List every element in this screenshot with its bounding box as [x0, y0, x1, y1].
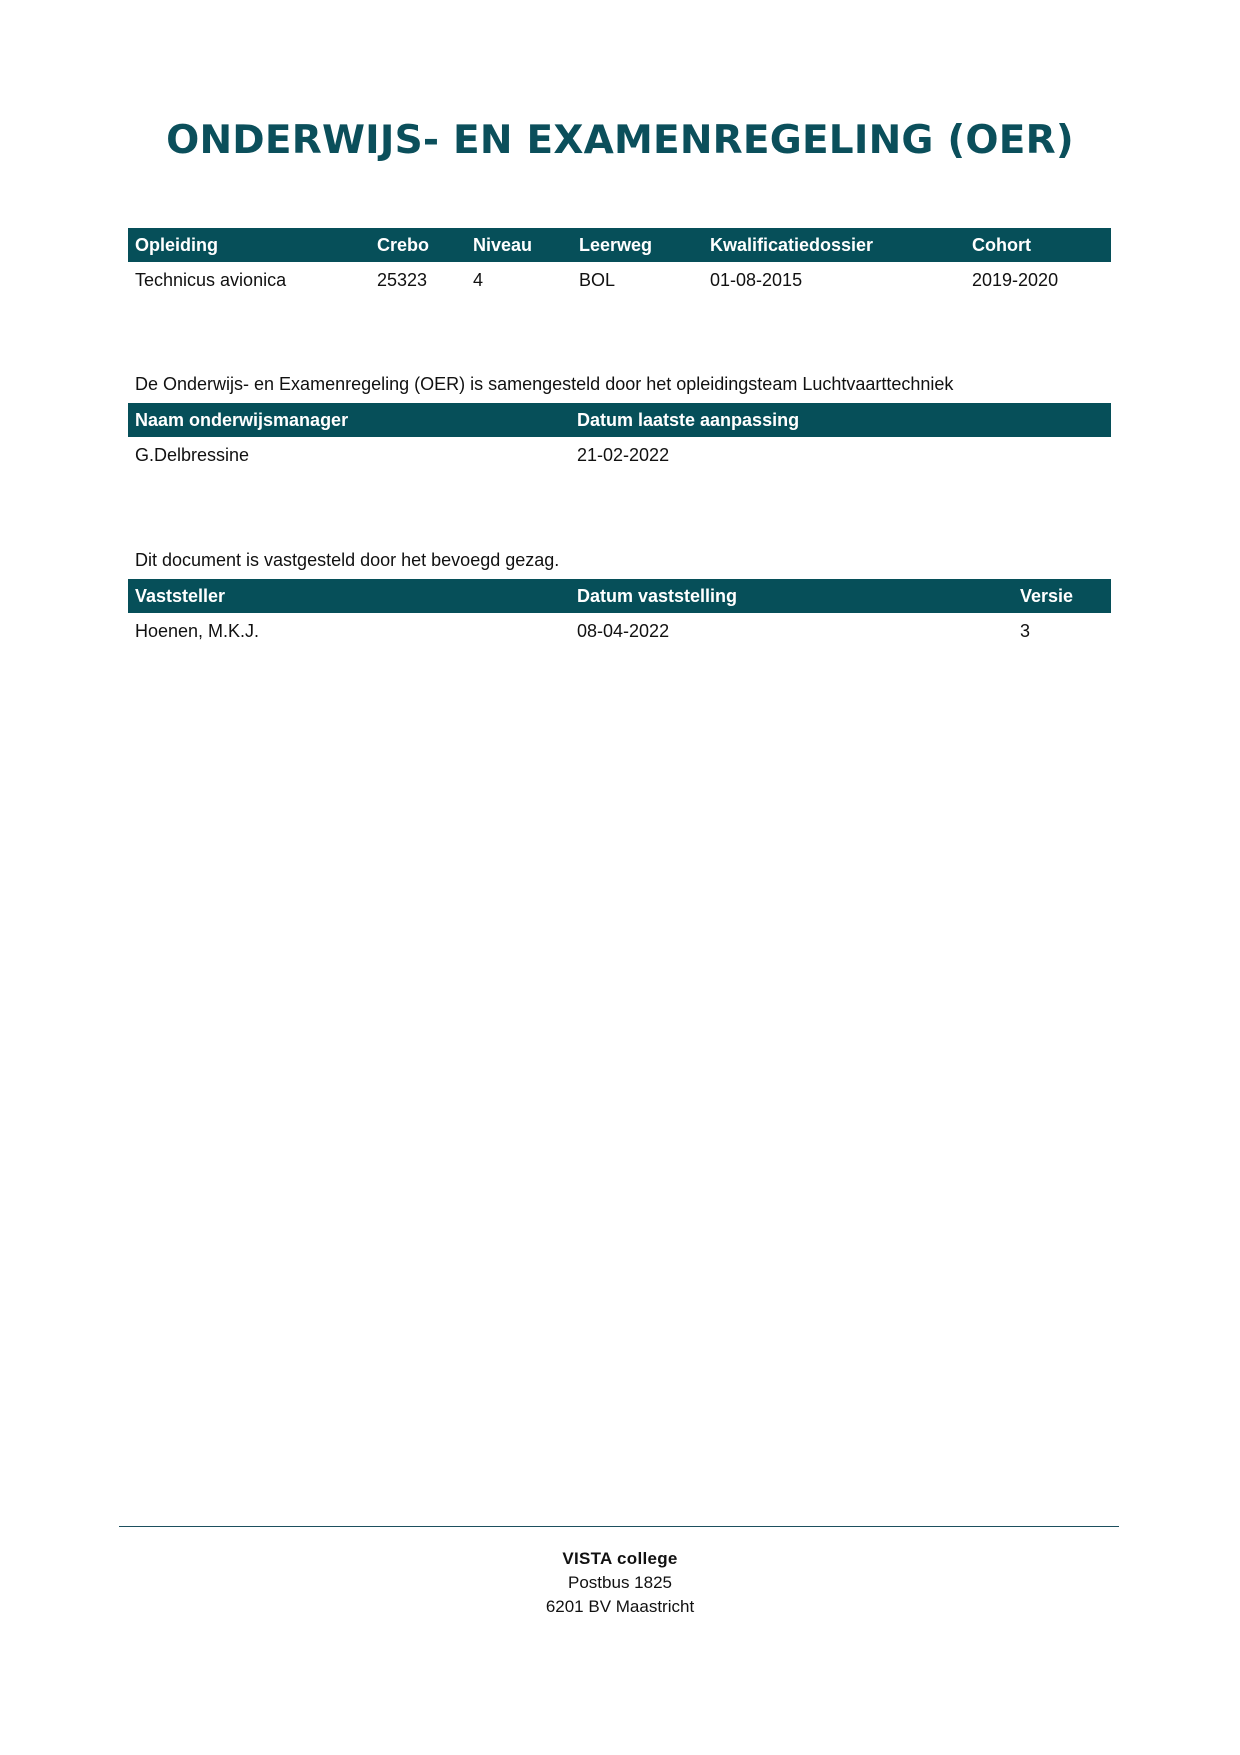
footer-address-line2: 6201 BV Maastricht: [0, 1595, 1240, 1619]
team-intro-text: De Onderwijs- en Examenregeling (OER) is…: [135, 374, 953, 395]
footer-divider: [119, 1526, 1119, 1527]
table-row: Technicus avionica 25323 4 BOL 01-08-201…: [128, 262, 1111, 298]
table-row: Hoenen, M.K.J. 08-04-2022 3: [128, 613, 1111, 649]
cell-niveau: 4: [466, 262, 572, 298]
cell-leerweg: BOL: [572, 262, 703, 298]
footer-organization: VISTA college: [0, 1547, 1240, 1571]
header-opleiding: Opleiding: [128, 228, 370, 262]
cell-cohort: 2019-2020: [965, 262, 1111, 298]
table-header-row: Naam onderwijsmanager Datum laatste aanp…: [128, 403, 1111, 437]
program-table: Opleiding Crebo Niveau Leerweg Kwalifica…: [128, 228, 1111, 298]
header-kwalificatiedossier: Kwalificatiedossier: [703, 228, 965, 262]
page-title: ONDERWIJS- EN EXAMENREGELING (OER): [0, 118, 1240, 163]
cell-kwalificatiedossier: 01-08-2015: [703, 262, 965, 298]
header-crebo: Crebo: [370, 228, 466, 262]
footer-address-line1: Postbus 1825: [0, 1571, 1240, 1595]
header-versie: Versie: [1013, 579, 1111, 613]
header-onderwijsmanager: Naam onderwijsmanager: [128, 403, 570, 437]
cell-versie: 3: [1013, 613, 1111, 649]
approval-intro-text: Dit document is vastgesteld door het bev…: [135, 550, 559, 571]
footer: VISTA college Postbus 1825 6201 BV Maast…: [0, 1547, 1240, 1619]
header-niveau: Niveau: [466, 228, 572, 262]
cell-vaststeller: Hoenen, M.K.J.: [128, 613, 570, 649]
table-header-row: Opleiding Crebo Niveau Leerweg Kwalifica…: [128, 228, 1111, 262]
cell-datum-laatste-aanpassing: 21-02-2022: [570, 437, 1111, 473]
team-table: Naam onderwijsmanager Datum laatste aanp…: [128, 403, 1111, 473]
table-header-row: Vaststeller Datum vaststelling Versie: [128, 579, 1111, 613]
header-leerweg: Leerweg: [572, 228, 703, 262]
cell-opleiding: Technicus avionica: [128, 262, 370, 298]
header-datum-vaststelling: Datum vaststelling: [570, 579, 1013, 613]
cell-onderwijsmanager: G.Delbressine: [128, 437, 570, 473]
cell-datum-vaststelling: 08-04-2022: [570, 613, 1013, 649]
cell-crebo: 25323: [370, 262, 466, 298]
header-datum-laatste-aanpassing: Datum laatste aanpassing: [570, 403, 1111, 437]
table-row: G.Delbressine 21-02-2022: [128, 437, 1111, 473]
approval-table: Vaststeller Datum vaststelling Versie Ho…: [128, 579, 1111, 649]
header-cohort: Cohort: [965, 228, 1111, 262]
header-vaststeller: Vaststeller: [128, 579, 570, 613]
